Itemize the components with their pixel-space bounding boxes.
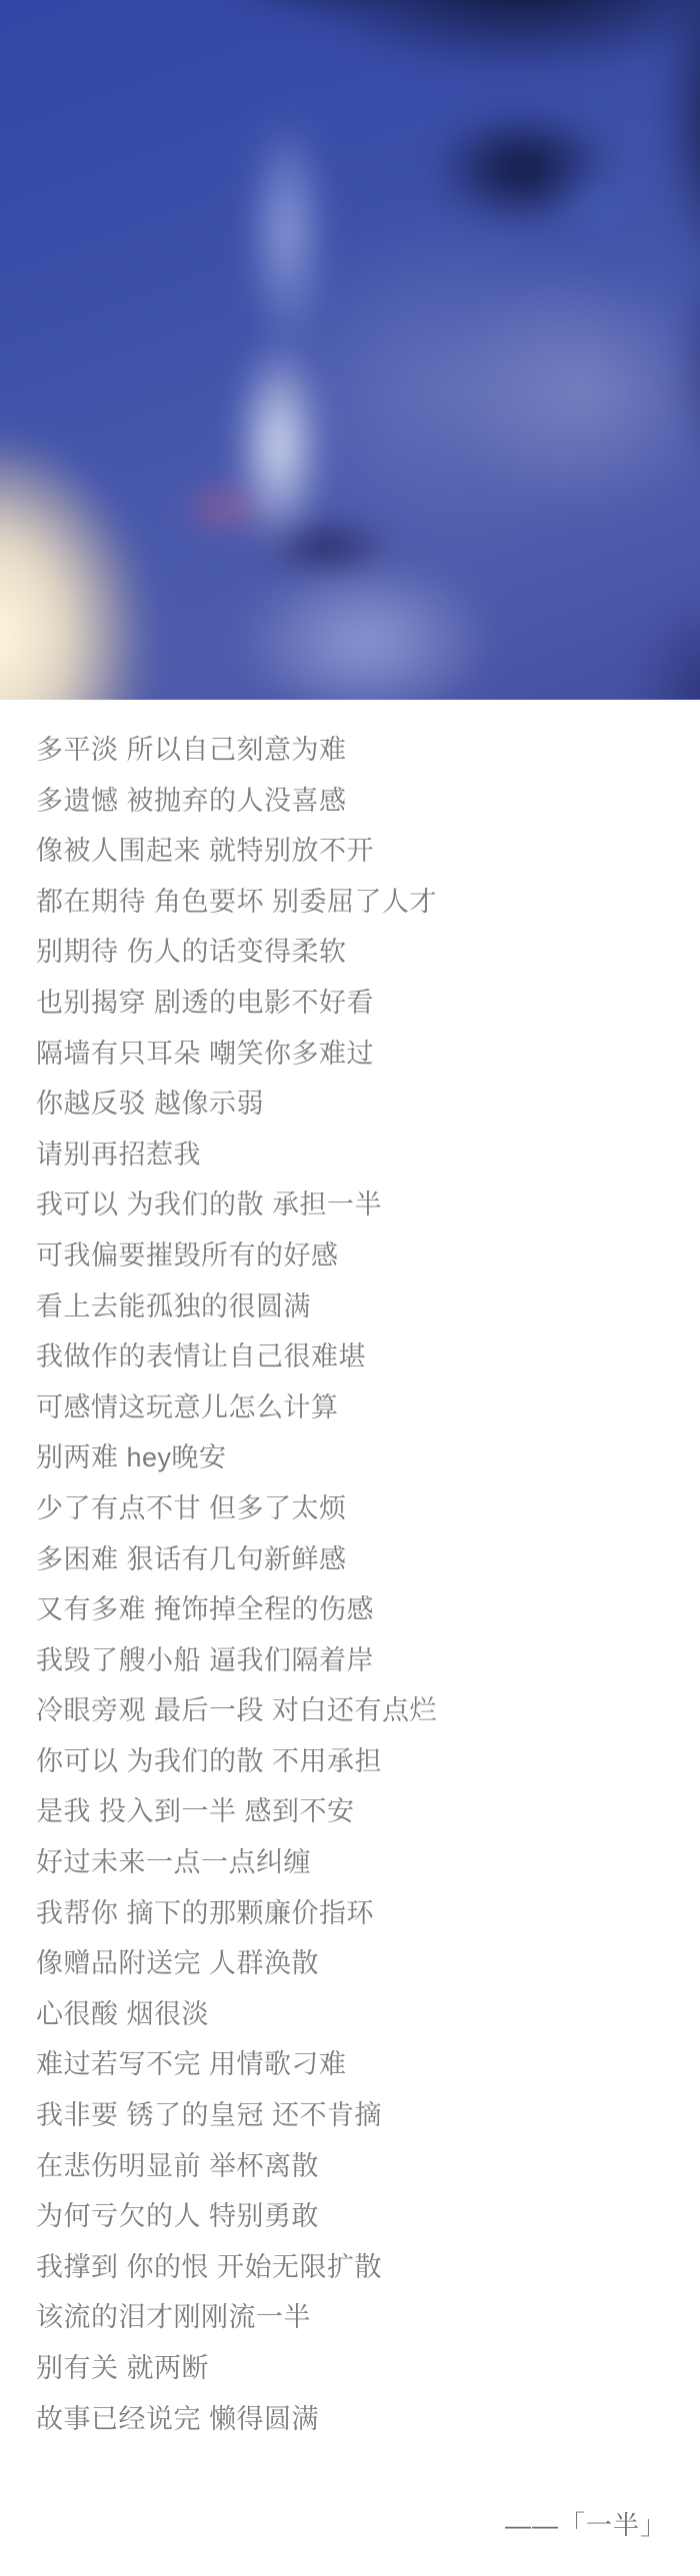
lyric-line: 像被人围起来 就特别放不开: [36, 826, 670, 877]
lyric-line: 故事已经说完 懒得圆满: [36, 2394, 670, 2445]
lyric-line: 你可以 为我们的散 不用承担: [36, 1736, 670, 1787]
lyric-line: 像赠品附送完 人群涣散: [36, 1938, 670, 1989]
lyric-line: 少了有点不甘 但多了太烦: [36, 1483, 670, 1534]
lyric-line: 我毁了艘小船 逼我们隔着岸: [36, 1635, 670, 1686]
lyric-line: 隔墙有只耳朵 嘲笑你多难过: [36, 1029, 670, 1080]
lyric-line: 是我 投入到一半 感到不安: [36, 1786, 670, 1837]
lyric-line: 别两难 hey晚安: [36, 1432, 670, 1483]
cover-photo: [0, 0, 700, 700]
lyric-line: 别期待 伤人的话变得柔软: [36, 927, 670, 978]
lyric-line: 也别揭穿 剧透的电影不好看: [36, 978, 670, 1029]
lyric-line: 我撑到 你的恨 开始无限扩散: [36, 2242, 670, 2293]
lyric-line: 可我偏要摧毁所有的好感: [36, 1231, 670, 1282]
lyric-line: 别有关 就两断: [36, 2343, 670, 2394]
lyric-line: 你越反驳 越像示弱: [36, 1079, 670, 1130]
lyrics-poster: 多平淡 所以自己刻意为难 多遗憾 被抛弃的人没喜感 像被人围起来 就特别放不开 …: [0, 0, 700, 2576]
cover-photo-blur-layer: [0, 0, 700, 700]
lyric-line: 多困难 狠话有几句新鲜感: [36, 1534, 670, 1585]
lyric-line: 多遗憾 被抛弃的人没喜感: [36, 776, 670, 827]
lyric-line: 可感情这玩意儿怎么计算: [36, 1382, 670, 1433]
lyric-line: 好过未来一点一点纠缠: [36, 1837, 670, 1888]
lyric-line: 在悲伤明显前 举杯离散: [36, 2141, 670, 2192]
lyric-line: 我帮你 摘下的那颗廉价指环: [36, 1888, 670, 1939]
lyric-line: 心很酸 烟很淡: [36, 1989, 670, 2040]
lyric-line: 冷眼旁观 最后一段 对白还有点烂: [36, 1685, 670, 1736]
lyric-line: 难过若写不完 用情歌刁难: [36, 2039, 670, 2090]
lyric-line: 又有多难 掩饰掉全程的伤感: [36, 1584, 670, 1635]
lyric-line: 都在期待 角色要坏 别委屈了人才: [36, 877, 670, 928]
lyric-line: 我可以 为我们的散 承担一半: [36, 1180, 670, 1231]
lyrics-block: 多平淡 所以自己刻意为难 多遗憾 被抛弃的人没喜感 像被人围起来 就特别放不开 …: [0, 700, 700, 2444]
lyric-line: 多平淡 所以自己刻意为难: [36, 725, 670, 776]
attribution-text: ——「一半」: [505, 2510, 667, 2540]
lyric-line: 请别再招惹我: [36, 1130, 670, 1181]
song-attribution: ——「一半」: [0, 2508, 700, 2542]
lyric-line: 该流的泪才刚刚流一半: [36, 2292, 670, 2343]
lyric-line: 为何亏欠的人 特别勇敢: [36, 2191, 670, 2242]
lyric-line: 我非要 锈了的皇冠 还不肯摘: [36, 2090, 670, 2141]
lyric-line: 看上去能孤独的很圆满: [36, 1282, 670, 1332]
lyric-line: 我做作的表情让自己很难堪: [36, 1331, 670, 1382]
